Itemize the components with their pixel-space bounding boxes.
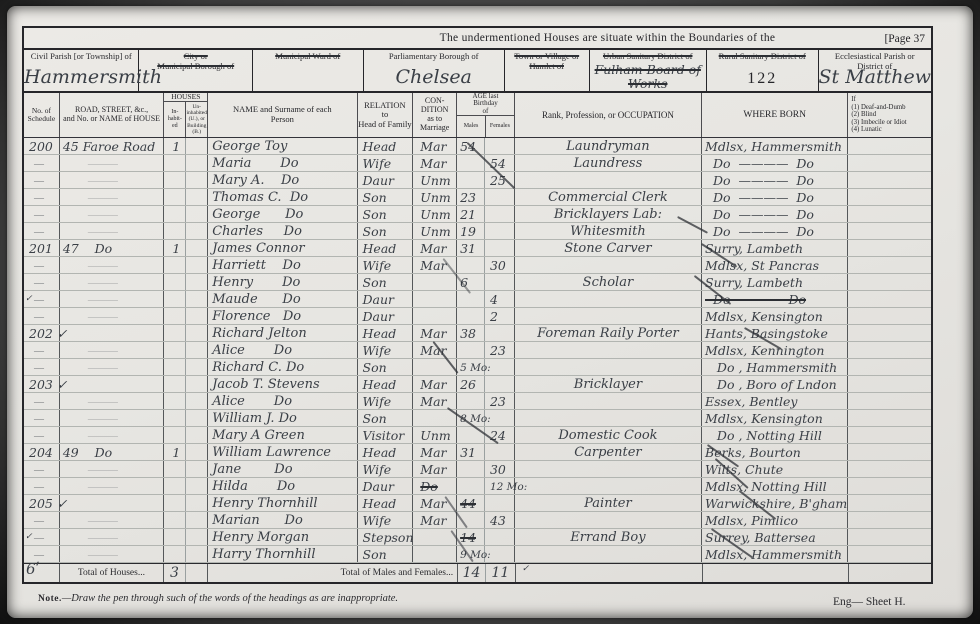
cell-condition [413, 291, 457, 307]
cell-uninhabited [186, 308, 208, 324]
sheet-label: Eng— Sheet H. [833, 596, 906, 608]
census-row: ————Richard C. DoSon5 Mo: Do , Hammersmi… [24, 359, 931, 376]
cell-condition [413, 308, 457, 324]
cell-age-female: 43 [485, 512, 515, 528]
totals-disabilities [849, 564, 931, 582]
cell-age-male: 5 Mo: [457, 359, 485, 375]
person-name: Harry Thornhill [212, 547, 315, 562]
continuation-dash: — [34, 414, 44, 425]
where-born-value: Do , Hammersmith [705, 360, 837, 375]
person-name: Maude Do [212, 292, 301, 307]
cell-address [60, 495, 165, 511]
census-row: ————Hilda DoDaurDo12 Mo:Mdlsx, Notting H… [24, 478, 931, 495]
relation-value: Son [363, 207, 387, 222]
occupation-value: Painter [515, 496, 701, 511]
cell-schedule: — [24, 308, 60, 324]
condition-value: Mar [420, 241, 446, 256]
column-header-where-born: WHERE BORN [702, 93, 848, 137]
where-born-value: Essex, Bentley [705, 394, 797, 409]
census-row: ————Henry DoSon6ScholarSurry, Lambeth [24, 274, 931, 291]
cell-inhabited [164, 529, 186, 545]
occupation-value: Bricklayer [515, 377, 701, 392]
relation-value: Stepson [363, 530, 414, 545]
continuation-dash: ——— [88, 176, 118, 187]
continuation-dash: — [34, 312, 44, 323]
cell-uninhabited [186, 444, 208, 460]
cell-relation: Son [358, 206, 414, 222]
continuation-dash: ——— [88, 465, 118, 476]
relation-value: Head [363, 139, 397, 154]
cell-disabilities [848, 155, 931, 171]
cell-age-male [457, 172, 485, 188]
cell-uninhabited [186, 376, 208, 392]
continuation-dash: ——— [88, 346, 118, 357]
age-male-value: 14 [460, 530, 476, 545]
cell-age-male [457, 342, 485, 358]
cell-disabilities [848, 461, 931, 477]
cell-address: ——— [60, 342, 165, 358]
age-male-value: 21 [460, 207, 476, 222]
cell-name: Henry Do [208, 274, 357, 290]
where-born-value: Do ———— Do [705, 207, 814, 222]
where-born-value: Surry, Lambeth [705, 275, 803, 290]
person-name: Hilda Do [212, 479, 295, 494]
where-born-value: Mdlsx, Kennington [705, 343, 824, 358]
cell-address: 47 Do [60, 240, 165, 256]
cell-age-female [485, 444, 515, 460]
cell-age-male [457, 393, 485, 409]
relation-value: Son [363, 190, 387, 205]
cell-occupation [515, 308, 702, 324]
cell-name: Henry Morgan [208, 529, 357, 545]
cell-schedule: 205 ✓ [24, 495, 60, 511]
age-female-value: 23 [490, 394, 506, 409]
occupation-value: Carpenter [515, 445, 701, 460]
cell-schedule: — [24, 172, 60, 188]
cell-where-born: Surry, Lambeth [702, 240, 848, 256]
where-born-value: Mdlsx, Pimlico [705, 513, 798, 528]
continuation-dash: — [34, 159, 44, 170]
header-box-4: Parliamentary Borough ofChelsea [364, 50, 505, 91]
occupation-value: Whitesmith [515, 224, 701, 239]
cell-schedule: — [24, 206, 60, 222]
where-born-value: Mdlsx, Hammersmith [705, 139, 842, 154]
cell-uninhabited [186, 410, 208, 426]
cell-occupation: Stone Carver [515, 240, 702, 256]
continuation-dash: ——— [88, 397, 118, 408]
cell-age-female: 23 [485, 393, 515, 409]
column-header-road: ROAD, STREET, &c., and No. or NAME of HO… [60, 93, 165, 137]
inhabited-value: 1 [172, 139, 180, 154]
cell-disabilities [848, 274, 931, 290]
header-box-5: Town or Village or Hamlet of [505, 50, 590, 91]
cell-disabilities [848, 444, 931, 460]
cell-address: ——— [60, 206, 165, 222]
continuation-dash: — [34, 465, 44, 476]
census-row: ————William J. DoSon8 Mo:Mdlsx, Kensingt… [24, 410, 931, 427]
cell-disabilities [848, 206, 931, 222]
cell-uninhabited [186, 461, 208, 477]
person-name: Henry Thornhill [212, 496, 317, 511]
cell-inhabited [164, 410, 186, 426]
age-female-value: 23 [490, 343, 506, 358]
cell-uninhabited [186, 189, 208, 205]
cell-relation: Head [358, 325, 414, 341]
cell-occupation [515, 393, 702, 409]
continuation-dash: ——— [88, 431, 118, 442]
column-header-houses-group: HOUSESIn- habit- edUn- inhabited (U.), o… [164, 93, 208, 137]
cell-occupation: Domestic Cook [515, 427, 702, 443]
relation-value: Head [363, 496, 397, 511]
cell-uninhabited [186, 495, 208, 511]
cell-inhabited [164, 376, 186, 392]
where-born-value: Do , Boro of Lndon [705, 377, 837, 392]
cell-condition: Mar [413, 155, 457, 171]
cell-schedule: — [24, 410, 60, 426]
cell-age-female: 4 [485, 291, 515, 307]
header-box-1: Civil Parish [or Township] ofHammersmith [24, 50, 139, 91]
cell-uninhabited [186, 240, 208, 256]
person-name: Richard C. Do [212, 360, 304, 375]
where-born-value: Do ———— Do [705, 224, 814, 239]
where-born-value: Do ———— Do [705, 156, 814, 171]
cell-inhabited: 1 [164, 240, 186, 256]
cell-uninhabited [186, 155, 208, 171]
person-name: Marian Do [212, 513, 303, 528]
totals-where-born [703, 564, 849, 582]
cell-age-male: 44 [457, 495, 485, 511]
age-male-value: 44 [460, 496, 476, 511]
condition-value: Do [420, 479, 438, 494]
cell-relation: Wife [358, 342, 414, 358]
cell-name: Harriett Do [208, 257, 357, 273]
continuation-dash: — [34, 363, 44, 374]
relation-value: Son [363, 411, 387, 426]
cell-occupation [515, 291, 702, 307]
person-name: Charles Do [212, 224, 302, 239]
relation-value: Wife [363, 156, 392, 171]
age-male-value: 26 [460, 377, 476, 392]
age-group-title: AGE last Birthday of [457, 93, 514, 116]
where-born-value: Wilts, Chute [705, 462, 783, 477]
cell-relation: Wife [358, 393, 414, 409]
column-header-name: NAME and Surname of each Person [208, 93, 357, 137]
cell-uninhabited [186, 223, 208, 239]
cell-uninhabited [186, 138, 208, 154]
continuation-dash: — [34, 295, 44, 306]
person-name: Jacob T. Stevens [212, 377, 319, 392]
condition-value: Unm [420, 190, 450, 205]
census-row: ————Alice DoWifeMar23Mdlsx, Kennington [24, 342, 931, 359]
census-row: 205 ✓Henry ThornhillHeadMar44PainterWarw… [24, 495, 931, 512]
schedule-number: 201 [29, 241, 53, 256]
where-born-value: Mdlsx, Notting Hill [705, 479, 827, 494]
cell-age-male [457, 291, 485, 307]
cell-relation: Son [358, 546, 414, 562]
occupation-value: Bricklayers Lab: [515, 207, 701, 222]
cell-occupation: Scholar [515, 274, 702, 290]
cell-age-female [485, 274, 515, 290]
cell-age-female: 24 [485, 427, 515, 443]
relation-value: Daur [363, 309, 395, 324]
houses-subcolumns: In- habit- edUn- inhabited (U.), or Buil… [164, 102, 207, 137]
cell-inhabited [164, 359, 186, 375]
margin-tick: ✓ [25, 532, 33, 542]
cell-age-female [485, 189, 515, 205]
census-row: 20147 Do1James ConnorHeadMar31Stone Carv… [24, 240, 931, 257]
cell-occupation [515, 512, 702, 528]
cell-uninhabited [186, 274, 208, 290]
header-box-value: Hammersmith [24, 66, 138, 88]
cell-disabilities [848, 546, 931, 562]
footer-note-text: —Draw the pen through such of the words … [62, 593, 398, 604]
where-born-value: Mdlsx, Hammersmith [705, 547, 842, 562]
cell-age-female [485, 359, 515, 375]
relation-value: Head [363, 241, 397, 256]
where-born-value: Mdlsx, Kensington [705, 411, 823, 426]
header-box-value: St Matthew [819, 66, 932, 88]
age-male-value: 19 [460, 224, 476, 239]
cell-name: Jacob T. Stevens [208, 376, 357, 392]
person-name: Florence Do [212, 309, 301, 324]
cell-schedule: — [24, 257, 60, 273]
cell-age-female [485, 376, 515, 392]
cell-condition: Mar [413, 444, 457, 460]
cell-address: ——— [60, 393, 165, 409]
margin-tick: ✓ [25, 294, 33, 304]
relation-value: Head [363, 377, 397, 392]
continuation-dash: ——— [88, 278, 118, 289]
cell-age-female [485, 410, 515, 426]
census-row: ————Thomas C. DoSonUnm23Commercial Clerk… [24, 189, 931, 206]
header-box-2: City or Municipal Borough of [139, 50, 253, 91]
cell-disabilities [848, 342, 931, 358]
cell-inhabited [164, 189, 186, 205]
cell-where-born: Mdlsx, Kensington [702, 308, 848, 324]
cell-where-born: Mdlsx, Hammersmith [702, 546, 848, 562]
cell-address [60, 325, 165, 341]
person-name: Harriett Do [212, 258, 301, 273]
occupation-value: Laundress [515, 156, 701, 171]
age-subcolumns: MalesFemales [457, 116, 514, 137]
page-number: [Page 37 [884, 33, 925, 45]
condition-value: Mar [420, 394, 446, 409]
column-header-row: No. of ScheduleROAD, STREET, &c., and No… [22, 93, 933, 138]
continuation-dash: ——— [88, 261, 118, 272]
continuation-dash: — [34, 193, 44, 204]
relation-value: Son [363, 547, 387, 562]
cell-schedule: — [24, 155, 60, 171]
age-female-value: 30 [490, 462, 506, 477]
cell-address: ——— [60, 274, 165, 290]
continuation-dash: — [34, 431, 44, 442]
relation-value: Visitor [363, 428, 405, 443]
boundaries-strip: The undermentioned Houses are situate wi… [22, 26, 933, 48]
where-born-value: Do ———— Do [705, 173, 814, 188]
cell-relation: Head [358, 138, 414, 154]
cell-disabilities [848, 427, 931, 443]
census-row: ————George DoSonUnm21Bricklayers Lab: Do… [24, 206, 931, 223]
cell-where-born: Do ———— Do [702, 172, 848, 188]
header-box-7: Rural Sanitary District of122 [707, 50, 819, 91]
condition-value: Unm [420, 428, 450, 443]
cell-condition: Mar [413, 461, 457, 477]
cell-relation: Wife [358, 512, 414, 528]
cell-inhabited [164, 546, 186, 562]
continuation-dash: ——— [88, 414, 118, 425]
cell-relation: Son [358, 189, 414, 205]
cell-occupation: Carpenter [515, 444, 702, 460]
column-header-females: Females [486, 116, 514, 137]
header-box-6: Urban Sanitary District ofFulham Board o… [590, 50, 707, 91]
cell-disabilities [848, 410, 931, 426]
address-value: 49 Do [63, 445, 112, 460]
cell-inhabited [164, 308, 186, 324]
cell-age-female [485, 325, 515, 341]
cell-inhabited [164, 461, 186, 477]
cell-condition: Unm [413, 189, 457, 205]
cell-name: William J. Do [208, 410, 357, 426]
cell-age-male [457, 478, 485, 494]
cell-occupation [515, 172, 702, 188]
cell-age-female: 2 [485, 308, 515, 324]
cell-condition: Unm [413, 172, 457, 188]
continuation-dash: — [34, 482, 44, 493]
cell-age-female [485, 529, 515, 545]
cell-address: ——— [60, 512, 165, 528]
cell-address: ——— [60, 291, 165, 307]
relation-value: Wife [363, 394, 392, 409]
cell-schedule: — [24, 393, 60, 409]
cell-disabilities [848, 325, 931, 341]
census-row: ————Mary A. DoDaurUnm25 Do ———— Do [24, 172, 931, 189]
totals-row: Total of Houses...3Total of Males and Fe… [22, 563, 933, 584]
cell-name: Jane Do [208, 461, 357, 477]
cell-age-female: 30 [485, 257, 515, 273]
cell-inhabited [164, 478, 186, 494]
cell-inhabited [164, 495, 186, 511]
cell-disabilities [848, 359, 931, 375]
cell-schedule: — [24, 427, 60, 443]
cell-address: ——— [60, 172, 165, 188]
cell-schedule: — [24, 359, 60, 375]
cell-occupation [515, 342, 702, 358]
person-name: Henry Do [212, 275, 300, 290]
cell-condition: Mar [413, 512, 457, 528]
cell-inhabited [164, 291, 186, 307]
cell-relation: Head [358, 444, 414, 460]
relation-value: Wife [363, 513, 392, 528]
cell-relation: Son [358, 359, 414, 375]
total-females-value: 11 [491, 565, 509, 581]
cell-disabilities [848, 138, 931, 154]
cell-inhabited [164, 223, 186, 239]
cell-where-born: Do , Boro of Lndon [702, 376, 848, 392]
cell-name: Harry Thornhill [208, 546, 357, 562]
cell-schedule: 203 ✓ [24, 376, 60, 392]
cell-name: James Connor [208, 240, 357, 256]
cell-condition: Unm [413, 427, 457, 443]
address-value: 45 Faroe Road [63, 139, 155, 154]
census-row: ————Florence DoDaur2Mdlsx, Kensington [24, 308, 931, 325]
cell-disabilities [848, 393, 931, 409]
cell-relation: Wife [358, 461, 414, 477]
census-row: ————Harriett DoWifeMar30Mdlsx, St Pancra… [24, 257, 931, 274]
cell-address: ——— [60, 478, 165, 494]
relation-value: Daur [363, 292, 395, 307]
census-row: ————Charles DoSonUnm19Whitesmith Do ————… [24, 223, 931, 240]
cell-schedule: 204 [24, 444, 60, 460]
cell-schedule: — [24, 478, 60, 494]
cell-address: ——— [60, 223, 165, 239]
person-name: Alice Do [212, 343, 292, 358]
occupation-value: Stone Carver [515, 241, 701, 256]
cell-inhabited [164, 172, 186, 188]
census-row: ✓————Henry MorganStepson14Errand BoySurr… [24, 529, 931, 546]
totals-houses-label: Total of Houses... [60, 564, 164, 582]
condition-value: Mar [420, 462, 446, 477]
age-female-value: 30 [490, 258, 506, 273]
continuation-dash: ——— [88, 227, 118, 238]
cell-name: Mary A. Do [208, 172, 357, 188]
cell-disabilities [848, 308, 931, 324]
cell-schedule: ✓— [24, 529, 60, 545]
cell-occupation [515, 359, 702, 375]
cell-uninhabited [186, 529, 208, 545]
cell-occupation: Bricklayers Lab: [515, 206, 702, 222]
cell-where-born: Warwickshire, B'gham [702, 495, 848, 511]
header-box-label: City or Municipal Borough of [139, 50, 252, 72]
header-box-value: Chelsea [364, 66, 504, 88]
cell-disabilities [848, 478, 931, 494]
cell-schedule: — [24, 189, 60, 205]
continuation-dash: ——— [88, 533, 118, 544]
cell-relation: Wife [358, 155, 414, 171]
cell-relation: Head [358, 240, 414, 256]
condition-value: Unm [420, 224, 450, 239]
cell-name: Richard C. Do [208, 359, 357, 375]
cell-schedule: 201 [24, 240, 60, 256]
district-header-row: Civil Parish [or Township] ofHammersmith… [22, 48, 933, 93]
cell-age-male: 26 [457, 376, 485, 392]
header-box-8: Ecclesiastical Parish or District ofSt M… [819, 50, 932, 91]
cell-age-male [457, 461, 485, 477]
cell-age-female [485, 495, 515, 511]
cell-occupation: Commercial Clerk [515, 189, 702, 205]
cell-uninhabited [186, 512, 208, 528]
continuation-dash: ——— [88, 193, 118, 204]
cell-disabilities [848, 291, 931, 307]
continuation-dash: — [34, 176, 44, 187]
occupation-value: Foreman Raily Porter [515, 326, 701, 341]
cell-age-male: 23 [457, 189, 485, 205]
person-name: James Connor [212, 241, 304, 256]
cell-uninhabited [186, 342, 208, 358]
cell-name: Maude Do [208, 291, 357, 307]
cell-address: ——— [60, 427, 165, 443]
cell-uninhabited [186, 546, 208, 562]
person-name: Mary A. Do [212, 173, 299, 188]
cell-name: Florence Do [208, 308, 357, 324]
continuation-dash: ——— [88, 482, 118, 493]
census-rows: 20045 Faroe Road1George ToyHeadMar54Laun… [22, 138, 933, 563]
cell-disabilities [848, 257, 931, 273]
cell-occupation [515, 257, 702, 273]
header-box-label: Civil Parish [or Township] of [24, 50, 138, 62]
where-born-value: Mdlsx, St Pancras [705, 258, 819, 273]
cell-occupation: Laundress [515, 155, 702, 171]
cell-name: George Toy [208, 138, 357, 154]
